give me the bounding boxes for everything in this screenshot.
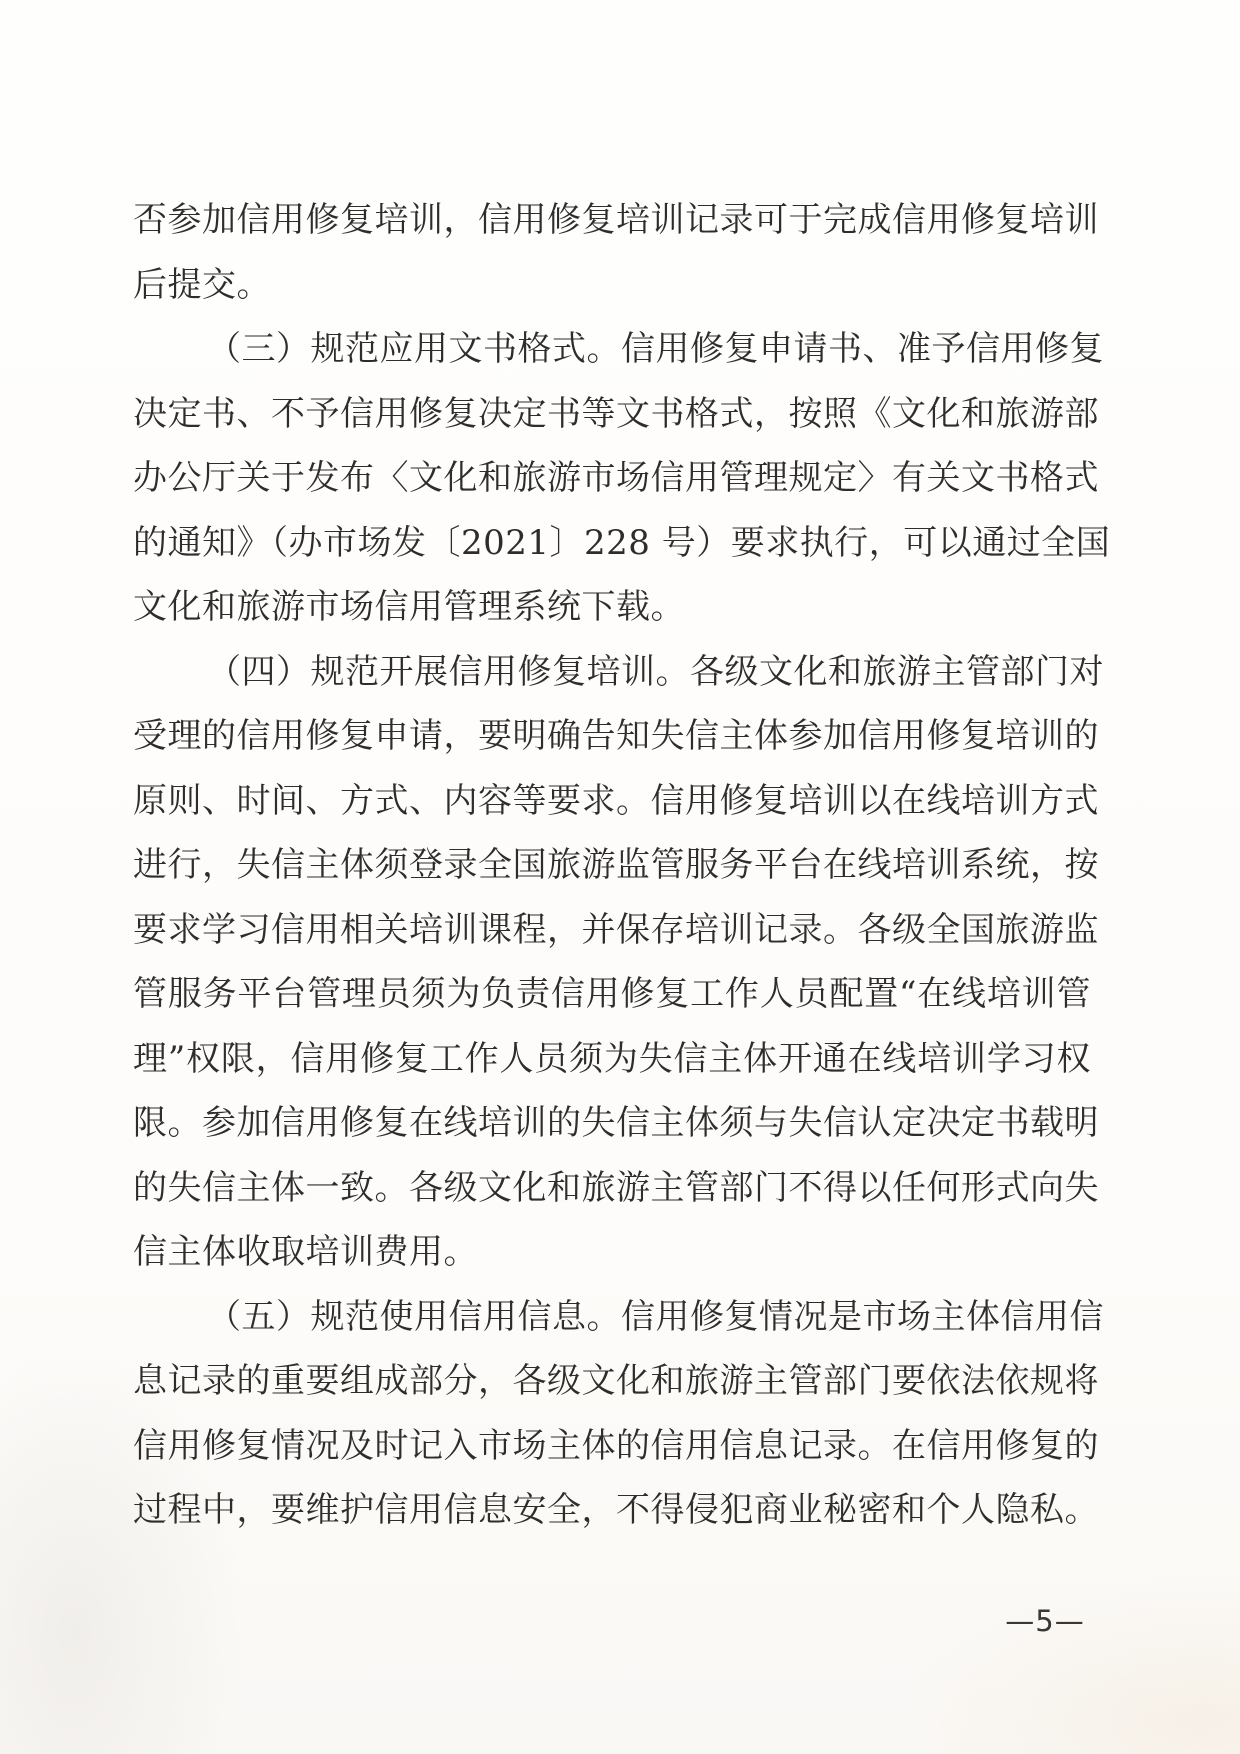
text-line: 过程中，要维护信用信息安全，不得侵犯商业秘密和个人隐私。 [133, 1478, 1091, 1543]
text-line: 进行，失信主体须登录全国旅游监管服务平台在线培训系统，按 [133, 833, 1091, 898]
text-line: 信主体收取培训费用。 [133, 1220, 1091, 1285]
text-line: 要求学习信用相关培训课程，并保存培训记录。各级全国旅游监 [133, 898, 1091, 963]
text-line: 决定书、不予信用修复决定书等文书格式，按照《文化和旅游部 [133, 382, 1091, 447]
document-body: 否参加信用修复培训，信用修复培训记录可于完成信用修复培训后提交。（三）规范应用文… [133, 188, 1091, 1543]
text-line: 信用修复情况及时记入市场主体的信用信息记录。在信用修复的 [133, 1414, 1091, 1479]
document-page: 否参加信用修复培训，信用修复培训记录可于完成信用修复培训后提交。（三）规范应用文… [0, 0, 1240, 1754]
text-line: 管服务平台管理员须为负责信用修复工作人员配置“在线培训管 [133, 962, 1091, 1027]
text-line: 原则、时间、方式、内容等要求。信用修复培训以在线培训方式 [133, 769, 1091, 834]
text-line: （四）规范开展信用修复培训。各级文化和旅游主管部门对 [133, 640, 1091, 705]
text-line: 息记录的重要组成部分，各级文化和旅游主管部门要依法依规将 [133, 1349, 1091, 1414]
text-line: 的通知》（办市场发〔2021〕228 号）要求执行，可以通过全国 [133, 511, 1091, 576]
text-line: 办公厅关于发布〈文化和旅游市场信用管理规定〉有关文书格式 [133, 446, 1091, 511]
text-line: 否参加信用修复培训，信用修复培训记录可于完成信用修复培训 [133, 188, 1091, 253]
text-line: 理”权限，信用修复工作人员须为失信主体开通在线培训学习权 [133, 1027, 1091, 1092]
page-number: —5— [985, 1603, 1105, 1639]
text-line: 的失信主体一致。各级文化和旅游主管部门不得以任何形式向失 [133, 1156, 1091, 1221]
text-line: 限。参加信用修复在线培训的失信主体须与失信认定决定书载明 [133, 1091, 1091, 1156]
text-line: （五）规范使用信用信息。信用修复情况是市场主体信用信 [133, 1285, 1091, 1350]
text-line: 受理的信用修复申请，要明确告知失信主体参加信用修复培训的 [133, 704, 1091, 769]
text-line: （三）规范应用文书格式。信用修复申请书、准予信用修复 [133, 317, 1091, 382]
text-line: 文化和旅游市场信用管理系统下载。 [133, 575, 1091, 640]
text-line: 后提交。 [133, 253, 1091, 318]
